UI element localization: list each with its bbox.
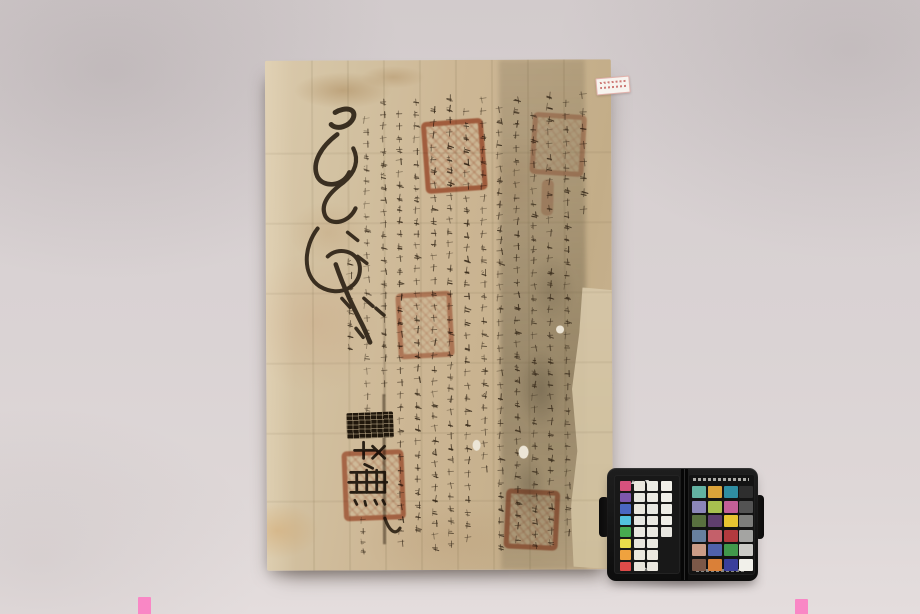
- color-patch: [739, 486, 753, 498]
- color-patch: [708, 544, 722, 556]
- brand-microtext: [693, 478, 749, 481]
- color-patch: [708, 559, 722, 571]
- white-balance-patch: [647, 550, 658, 560]
- white-balance-patch: [661, 481, 672, 491]
- red-seal: [541, 179, 554, 215]
- color-patch: [708, 486, 722, 498]
- paper-damage-speck: [556, 325, 564, 333]
- paper-damage-speck: [473, 440, 481, 451]
- color-patch: [692, 544, 706, 556]
- color-patch: [724, 501, 738, 513]
- archive-label: [595, 76, 630, 96]
- white-balance-patch: [647, 527, 658, 537]
- white-balance-patch: [661, 516, 672, 526]
- white-balance-patch: [661, 493, 672, 503]
- pink-tape-marker: [795, 599, 808, 614]
- white-balance-patch: [634, 516, 645, 526]
- red-seal: [421, 118, 488, 194]
- white-balance-patch: [634, 527, 645, 537]
- red-seal: [395, 291, 455, 360]
- label-text-line: [600, 85, 626, 89]
- color-patch: [692, 559, 706, 571]
- color-patch: [739, 544, 753, 556]
- color-patch: [620, 481, 631, 491]
- color-patch: [620, 516, 631, 526]
- color-patch: [708, 530, 722, 542]
- red-seal: [529, 112, 587, 177]
- white-balance-patch: [647, 493, 658, 503]
- photo-stage: [0, 0, 920, 614]
- white-balance-patch: [634, 562, 645, 572]
- label-text-line: [600, 80, 626, 84]
- color-patch: [724, 530, 738, 542]
- color-patch: [739, 515, 753, 527]
- color-patch: [692, 515, 706, 527]
- white-balance-patch: [647, 516, 658, 526]
- color-patch: [692, 501, 706, 513]
- colorchecker-hinge: [681, 469, 688, 580]
- color-patch: [739, 501, 753, 513]
- pink-tape-marker: [138, 597, 151, 614]
- white-balance-patch: [647, 481, 658, 491]
- white-balance-patch: [647, 562, 658, 572]
- color-patch: [739, 530, 753, 542]
- color-patch: [724, 559, 738, 571]
- color-patch: [724, 486, 738, 498]
- white-balance-patch: [634, 504, 645, 514]
- color-patch: [620, 504, 631, 514]
- paper-damage-speck: [519, 446, 529, 459]
- red-seal: [341, 449, 406, 521]
- red-seal: [503, 488, 560, 551]
- color-patch: [708, 515, 722, 527]
- white-balance-patch: [634, 539, 645, 549]
- white-balance-patch: [647, 539, 658, 549]
- white-balance-patch: [634, 481, 645, 491]
- white-balance-patch: [647, 504, 658, 514]
- white-balance-patch: [661, 527, 672, 537]
- black-stamp-cartouche: [346, 411, 394, 439]
- white-balance-patch: [634, 550, 645, 560]
- manuscript: [265, 59, 613, 571]
- color-patch: [692, 530, 706, 542]
- white-balance-patch: [634, 493, 645, 503]
- color-patch: [620, 493, 631, 503]
- classic-target: [688, 474, 755, 575]
- color-patch: [724, 515, 738, 527]
- color-patch: [739, 559, 753, 571]
- color-patch: [724, 544, 738, 556]
- color-patch: [620, 562, 631, 572]
- color-patch: [708, 501, 722, 513]
- white-balance-patch: [661, 504, 672, 514]
- color-patch: [620, 550, 631, 560]
- creative-enhancement-target: [614, 475, 680, 574]
- color-patch: [620, 527, 631, 537]
- color-patch: [620, 539, 631, 549]
- color-patch: [692, 486, 706, 498]
